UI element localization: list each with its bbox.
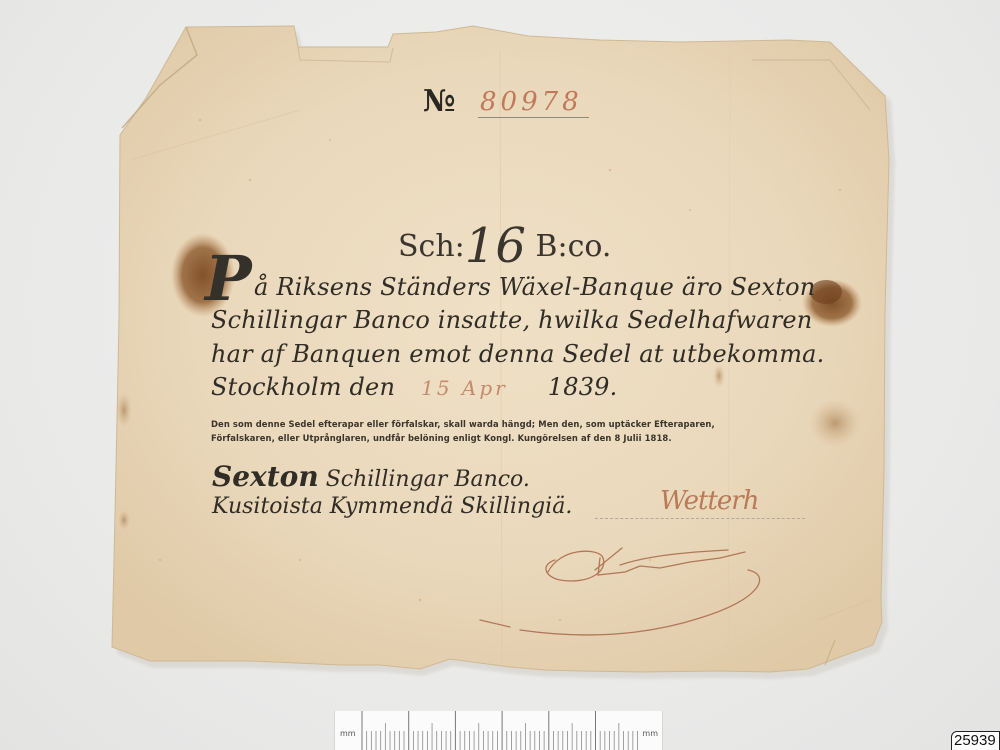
- handwritten-date: 15 Apr: [421, 373, 508, 403]
- inventory-number: 25939: [951, 731, 1000, 750]
- denomination-prefix: Sch:: [398, 229, 465, 264]
- scale-ruler: mm mm: [334, 711, 663, 750]
- serial-number-value: 80978: [478, 87, 589, 118]
- serial-number-label: №: [423, 84, 455, 119]
- ruler-unit-left: mm: [340, 729, 356, 738]
- place: Stockholm den: [211, 373, 395, 401]
- amount-swedish-rest: Schillingar Banco.: [326, 467, 530, 492]
- amount-finnish: Kusitoista Kymmendä Skillingiä.: [212, 494, 572, 520]
- body-line-2: Schillingar Banco insatte, hwilka Sedelh…: [211, 305, 812, 335]
- denomination-suffix: B:co.: [535, 229, 611, 264]
- ruler-ticks: [359, 711, 639, 750]
- signature-first: Wetterh: [660, 486, 758, 516]
- year: 1839.: [548, 373, 618, 401]
- ruler-unit-right: mm: [642, 729, 658, 738]
- body-line-1: å Riksens Ständers Wäxel-Banque äro Sext…: [254, 272, 815, 302]
- amount-swedish: Sexton Schillingar Banco.: [212, 464, 530, 493]
- denomination-number: 16: [465, 218, 526, 274]
- fine-print-line-1: Den som denne Sedel efterapar eller förf…: [211, 419, 715, 429]
- denomination: Sch:16 B:co.: [398, 218, 611, 274]
- signature-line: [595, 518, 805, 519]
- fine-print-line-2: Förfalskaren, eller Utprånglaren, undfår…: [211, 433, 672, 443]
- body-line-3: har af Banquen emot denna Sedel at utbek…: [211, 339, 825, 369]
- drop-cap: P: [205, 248, 252, 310]
- photo-stage: № 80978 Sch:16 B:co. P å Riksens Ständer…: [0, 0, 1000, 750]
- place-date-line: Stockholm den15 Apr1839.: [211, 372, 617, 403]
- amount-swedish-lead: Sexton: [212, 460, 319, 493]
